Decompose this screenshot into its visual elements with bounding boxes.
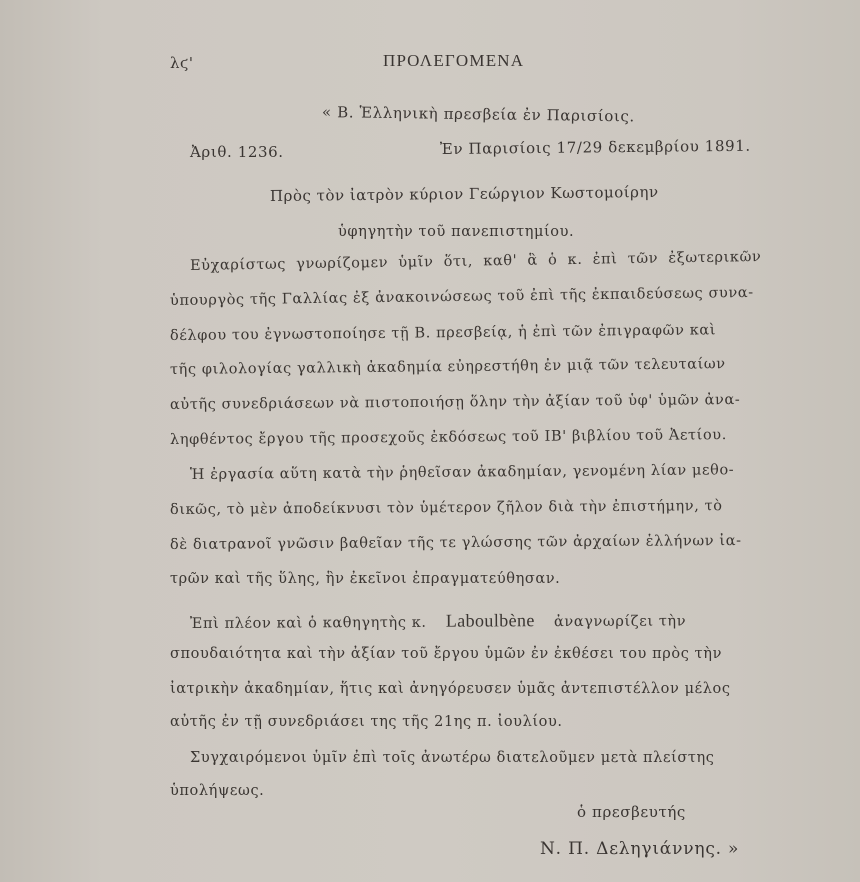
signature-title: ὁ πρεσβευτής bbox=[577, 803, 686, 821]
body-line: ἰατρικὴν ἀκαδημίαν, ἥτις καὶ ἀνηγόρευσεν… bbox=[170, 681, 731, 697]
body-line: αὐτῆς συνεδριάσεων νὰ πιστοποιήσῃ ὅλην τ… bbox=[170, 392, 740, 413]
body-line: σπουδαιότητα καὶ τὴν ἀξίαν τοῦ ἔργου ὑμῶ… bbox=[170, 646, 722, 662]
body-line: τῆς φιλολογίας γαλλικὴ ἀκαδημία εὐηρεστή… bbox=[170, 356, 726, 378]
body-line: δικῶς, τὸ μὲν ἀποδείκνυσι τὸν ὑμέτερον ζ… bbox=[170, 498, 723, 518]
running-title: ΠΡΟΛΕΓΟΜΕΝΑ bbox=[383, 51, 524, 71]
body-line: δέλφου του ἐγνωστοποίησε τῇ Β. πρεσβείᾳ,… bbox=[170, 322, 716, 344]
reference-number: Ἀριθ. 1236. bbox=[190, 143, 284, 161]
page-number: λϛ' bbox=[170, 54, 194, 72]
signature-name: Ν. Π. Δεληγιάννης. » bbox=[540, 839, 739, 859]
place-and-date: Ἐν Παρισίοις 17/29 δεκεμβρίου 1891. bbox=[440, 137, 751, 158]
body-line: Ἡ ἐργασία αὕτη κατὰ τὴν ῥηθεῖσαν ἀκαδημί… bbox=[190, 462, 734, 483]
body-line: τρῶν καὶ τῆς ὕλης, ἣν ἐκεῖνοι ἐπραγματεύ… bbox=[170, 571, 560, 587]
name-laboulbene: Laboulbène bbox=[446, 610, 535, 630]
body-line: ὑπουργὸς τῆς Γαλλίας ἐξ ἀνακοινώσεως τοῦ… bbox=[170, 285, 754, 309]
letter-salutation: « Β. Ἑλληνικὴ πρεσβεία ἐν Παρισίοις. bbox=[322, 103, 635, 125]
body-text: Ἐπὶ πλέον καὶ ὁ καθηγητὴς κ. bbox=[190, 615, 427, 632]
body-text: ἀναγνωρίζει τὴν bbox=[554, 613, 686, 630]
body-line: δὲ διατρανοῖ γνῶσιν βαθεῖαν τῆς τε γλώσσ… bbox=[170, 533, 742, 553]
body-line: ληφθέντος ἔργου τῆς προσεχοῦς ἐκδόσεως τ… bbox=[170, 427, 727, 448]
scanned-book-page: λϛ' ΠΡΟΛΕΓΟΜΕΝΑ « Β. Ἑλληνικὴ πρεσβεία ἐ… bbox=[0, 0, 860, 882]
body-line: αὐτῆς ἐν τῇ συνεδριάσει της τῆς 21ης π. … bbox=[170, 714, 563, 730]
body-line: Ἐπὶ πλέον καὶ ὁ καθηγητὴς κ. Laboulbène … bbox=[190, 609, 686, 633]
body-line: Συγχαιρόμενοι ὑμῖν ἐπὶ τοῖς ἀνωτέρω διατ… bbox=[190, 750, 715, 766]
addressee-line-2: ὑφηγητὴν τοῦ πανεπιστημίου. bbox=[338, 224, 574, 240]
body-line: Εὐχαρίστως γνωρίζομεν ὑμῖν ὅτι, καθ' ἃ ὁ… bbox=[190, 249, 762, 274]
addressee-line-1: Πρὸς τὸν ἰατρὸν κύριον Γεώργιον Κωστομοί… bbox=[270, 183, 659, 205]
body-line: ὑπολήψεως. bbox=[170, 783, 264, 799]
